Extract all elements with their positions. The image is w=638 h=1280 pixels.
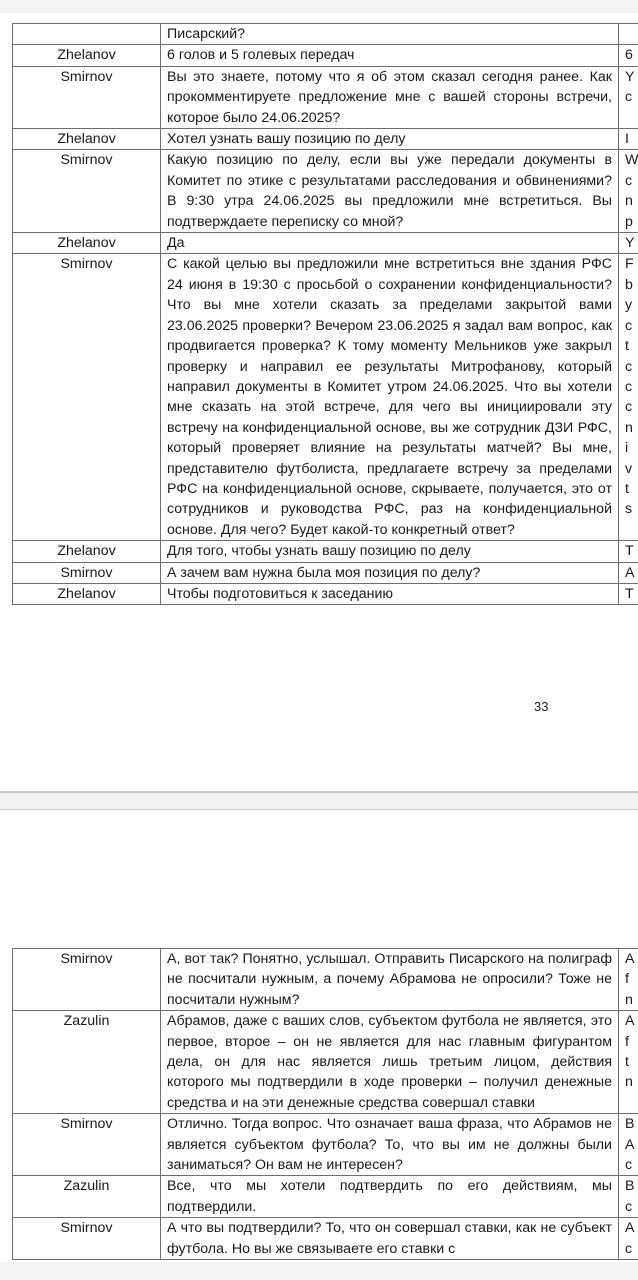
- translation-cell: Yc: [619, 66, 638, 128]
- utterance-cell: Хотел узнать вашу позицию по делу: [161, 129, 619, 150]
- speaker-cell: Smirnov: [13, 66, 161, 128]
- translation-cell: BAc: [619, 1114, 638, 1176]
- translation-cell: 6: [619, 45, 638, 66]
- table-row: SmirnovОтлично. Тогда вопрос. Что означа…: [13, 1114, 638, 1176]
- utterance-cell: А что вы подтвердили? То, что он соверша…: [161, 1218, 619, 1260]
- speaker-cell: Smirnov: [13, 1114, 161, 1176]
- table-row: SmirnovКакую позицию по делу, если вы уж…: [13, 150, 638, 233]
- speaker-cell: [13, 24, 161, 45]
- utterance-cell: Писарский?: [161, 24, 619, 45]
- table-row: SmirnovС какой целью вы предложили мне в…: [13, 254, 638, 541]
- table-row: SmirnovА, вот так? Понятно, услышал. Отп…: [13, 949, 638, 1011]
- translation-cell: Ac: [619, 1218, 638, 1260]
- translation-cell: Bc: [619, 1176, 638, 1218]
- utterance-cell: Отлично. Тогда вопрос. Что означает ваша…: [161, 1114, 619, 1176]
- utterance-cell: Абрамов, даже с ваших слов, субъектом фу…: [161, 1011, 619, 1114]
- speaker-cell: Zhelanov: [13, 129, 161, 150]
- speaker-cell: Zazulin: [13, 1176, 161, 1218]
- table-row: SmirnovВы это знаете, потому что я об эт…: [13, 66, 638, 128]
- utterance-cell: А зачем вам нужна была моя позиция по де…: [161, 562, 619, 583]
- page-number: 33: [534, 699, 548, 714]
- translation-cell: T: [619, 541, 638, 562]
- speaker-cell: Smirnov: [13, 254, 161, 541]
- table-row: ZazulinВсе, что мы хотели подтвердить по…: [13, 1176, 638, 1218]
- document-page-34: SmirnovА, вот так? Понятно, услышал. Отп…: [0, 810, 638, 1260]
- table-row: ZhelanovЧтобы подготовиться к заседаниюT: [13, 583, 638, 604]
- table-row: ZhelanovДля того, чтобы узнать вашу пози…: [13, 541, 638, 562]
- translation-cell: T: [619, 583, 638, 604]
- table-row: ZhelanovДаY: [13, 233, 638, 254]
- speaker-cell: Zhelanov: [13, 583, 161, 604]
- utterance-cell: Вы это знаете, потому что я об этом сказ…: [161, 66, 619, 128]
- table-row: SmirnovА зачем вам нужна была моя позици…: [13, 562, 638, 583]
- viewer-top-bar: [0, 0, 638, 13]
- transcript-table: SmirnovА, вот так? Понятно, услышал. Отп…: [12, 948, 638, 1260]
- table-row: ZhelanovХотел узнать вашу позицию по дел…: [13, 129, 638, 150]
- speaker-cell: Smirnov: [13, 562, 161, 583]
- translation-cell: Aftn: [619, 1011, 638, 1114]
- utterance-cell: Все, что мы хотели подтвердить по его де…: [161, 1176, 619, 1218]
- utterance-cell: Для того, чтобы узнать вашу позицию по д…: [161, 541, 619, 562]
- utterance-cell: Да: [161, 233, 619, 254]
- table-row: Zhelanov6 голов и 5 голевых передач6: [13, 45, 638, 66]
- table-row: Писарский?: [13, 24, 638, 45]
- viewer-bottom-bar: [0, 1262, 638, 1280]
- speaker-cell: Smirnov: [13, 1218, 161, 1260]
- utterance-cell: Чтобы подготовиться к заседанию: [161, 583, 619, 604]
- table-row: SmirnovА что вы подтвердили? То, что он …: [13, 1218, 638, 1260]
- speaker-cell: Zhelanov: [13, 233, 161, 254]
- speaker-cell: Zhelanov: [13, 45, 161, 66]
- translation-cell: [619, 24, 638, 45]
- utterance-cell: С какой целью вы предложили мне встретит…: [161, 254, 619, 541]
- translation-cell: A: [619, 562, 638, 583]
- speaker-cell: Smirnov: [13, 949, 161, 1011]
- translation-cell: Afn: [619, 949, 638, 1011]
- transcript-table: Писарский?Zhelanov6 голов и 5 голевых пе…: [12, 23, 638, 605]
- translation-cell: I: [619, 129, 638, 150]
- utterance-cell: А, вот так? Понятно, услышал. Отправить …: [161, 949, 619, 1011]
- translation-cell: Wcnp: [619, 150, 638, 233]
- translation-cell: Y: [619, 233, 638, 254]
- speaker-cell: Zhelanov: [13, 541, 161, 562]
- page-separator: [0, 791, 638, 810]
- speaker-cell: Smirnov: [13, 150, 161, 233]
- table-row: ZazulinАбрамов, даже с ваших слов, субъе…: [13, 1011, 638, 1114]
- utterance-cell: 6 голов и 5 голевых передач: [161, 45, 619, 66]
- speaker-cell: Zazulin: [13, 1011, 161, 1114]
- translation-cell: Fbyctcccnivts: [619, 254, 638, 541]
- document-page-33: Писарский?Zhelanov6 голов и 5 голевых пе…: [0, 13, 638, 793]
- utterance-cell: Какую позицию по делу, если вы уже перед…: [161, 150, 619, 233]
